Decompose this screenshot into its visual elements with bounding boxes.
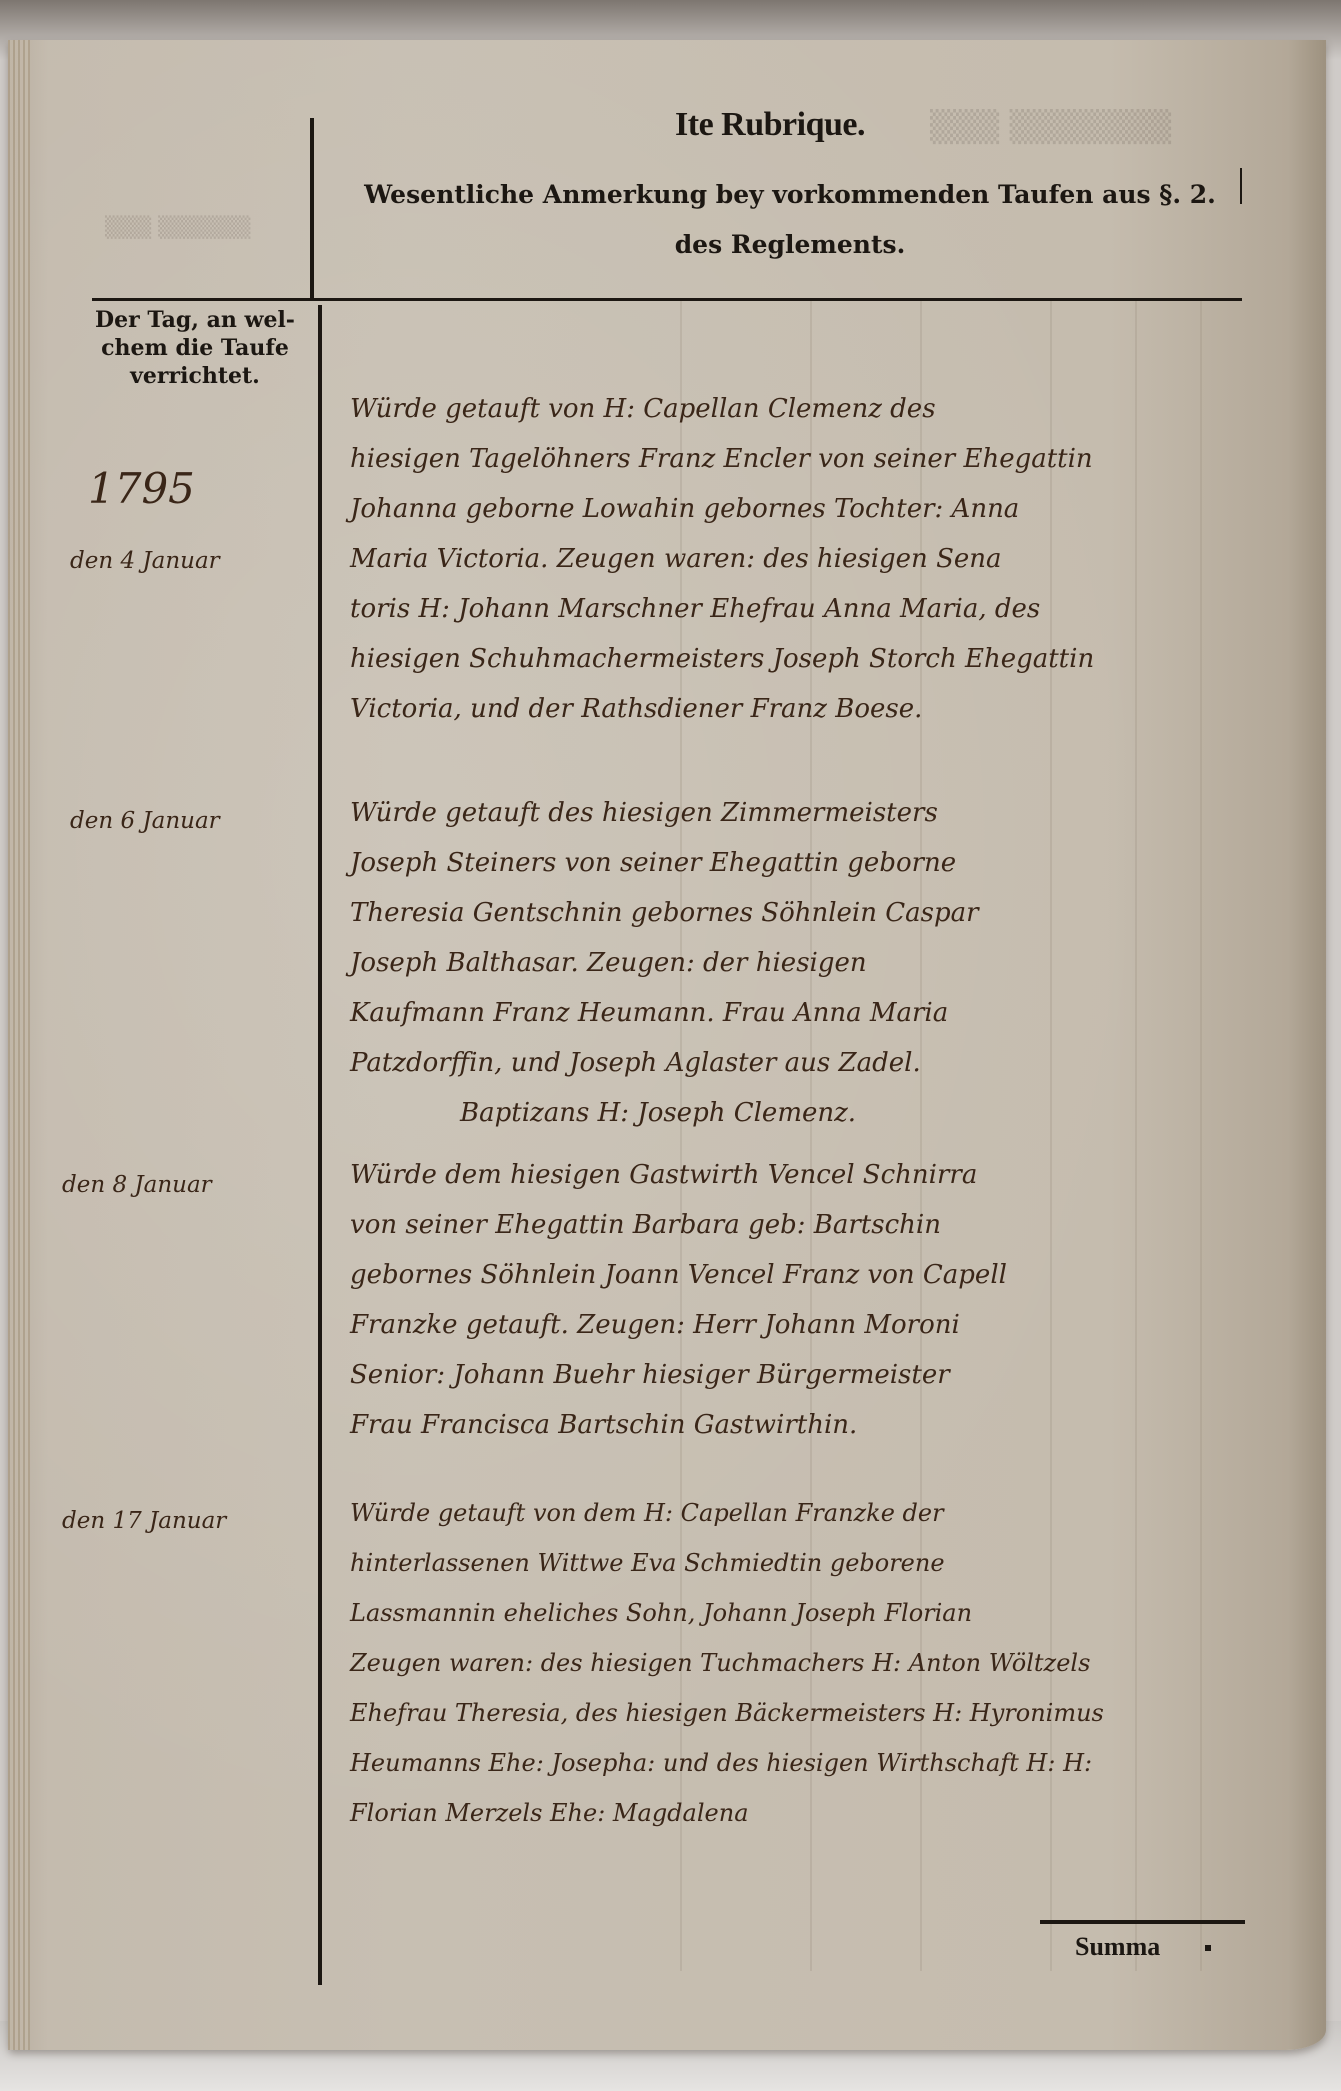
rubric-subtitle: Wesentliche Anmerkung bey vorkommenden T…: [350, 170, 1230, 270]
header-divider: [310, 118, 314, 298]
date-heading-line3: verrichtet.: [80, 362, 310, 390]
entry-line: Johanna geborne Lowahin gebornes Tochter…: [350, 484, 1280, 534]
entry-line: Ehefrau Theresia, des hiesigen Bäckermei…: [350, 1688, 1280, 1738]
entry-date: den 4 Januar: [70, 548, 220, 574]
rubric-title: Ite Rubrique.: [640, 106, 900, 144]
entry-line: Florian Merzels Ehe: Magdalena: [350, 1788, 1280, 1838]
entry-line: Würde getauft des hiesigen Zimmermeister…: [350, 788, 1280, 838]
entry-line: Joseph Balthasar. Zeugen: der hiesigen: [350, 938, 1280, 988]
baptism-entry: Würde dem hiesigen Gastwirth Vencel Schn…: [350, 1150, 1280, 1450]
entry-line: Theresia Gentschnin gebornes Söhnlein Ca…: [350, 888, 1280, 938]
entry-line: hiesigen Tagelöhners Franz Encler von se…: [350, 434, 1280, 484]
entry-date: den 8 Januar: [62, 1172, 212, 1198]
entry-line: Senior: Johann Buehr hiesiger Bürgermeis…: [350, 1350, 1280, 1400]
date-column-heading: Der Tag, an wel- chem die Taufe verricht…: [80, 306, 310, 390]
summa-label: Summa: [1075, 1932, 1160, 1962]
rubric-subtitle-line1: Wesentliche Anmerkung bey vorkommenden T…: [350, 170, 1230, 220]
header-tick: [1240, 168, 1242, 204]
entry-line: Frau Francisca Bartschin Gastwirthin.: [350, 1400, 1280, 1450]
entry-line: hinterlassenen Wittwe Eva Schmiedtin geb…: [350, 1538, 1280, 1588]
entry-line: Patzdorffin, und Joseph Aglaster aus Zad…: [350, 1038, 1280, 1088]
date-heading-line1: Der Tag, an wel-: [80, 306, 310, 334]
entry-line: von seiner Ehegattin Barbara geb: Bartsc…: [350, 1200, 1280, 1250]
entry-line: Heumanns Ehe: Josepha: und des hiesigen …: [350, 1738, 1280, 1788]
entry-line: Baptizans H: Joseph Clemenz.: [350, 1088, 1280, 1138]
entry-line: hiesigen Schuhmachermeisters Joseph Stor…: [350, 634, 1280, 684]
baptism-entry: Würde getauft des hiesigen Zimmermeister…: [350, 788, 1280, 1138]
entry-line: Lassmannin eheliches Sohn, Johann Joseph…: [350, 1588, 1280, 1638]
entry-date: den 6 Januar: [70, 808, 220, 834]
show-through-text: ▒▒▒ ▒▒▒▒▒▒▒: [930, 110, 1171, 145]
summa-dot: [1205, 1945, 1211, 1951]
summa-rule: [1040, 1920, 1245, 1924]
entry-line: Kaufmann Franz Heumann. Frau Anna Maria: [350, 988, 1280, 1038]
baptism-entry: Würde getauft von dem H: Capellan Franzk…: [350, 1488, 1280, 1838]
entry-line: toris H: Johann Marschner Ehefrau Anna M…: [350, 584, 1280, 634]
rubric-subtitle-line2: des Reglements.: [350, 220, 1230, 270]
entry-line: gebornes Söhnlein Joann Vencel Franz von…: [350, 1250, 1280, 1300]
entry-line: Joseph Steiners von seiner Ehegattin geb…: [350, 838, 1280, 888]
entry-line: Zeugen waren: des hiesigen Tuchmachers H…: [350, 1638, 1280, 1688]
date-heading-line2: chem die Taufe: [80, 334, 310, 362]
year: 1795: [88, 464, 195, 513]
entry-line: Würde dem hiesigen Gastwirth Vencel Schn…: [350, 1150, 1280, 1200]
entry-line: Würde getauft von dem H: Capellan Franzk…: [350, 1488, 1280, 1538]
entry-line: Victoria, und der Rathsdiener Franz Boes…: [350, 684, 1280, 734]
page-stack-edge: [8, 40, 30, 2050]
show-through-text: ▒▒▒ ▒▒▒▒▒▒: [105, 215, 250, 239]
entry-line: Würde getauft von H: Capellan Clemenz de…: [350, 384, 1280, 434]
entry-date: den 17 Januar: [62, 1508, 226, 1534]
entry-line: Franzke getauft. Zeugen: Herr Johann Mor…: [350, 1300, 1280, 1350]
entry-line: Maria Victoria. Zeugen waren: des hiesig…: [350, 534, 1280, 584]
baptism-entry: Würde getauft von H: Capellan Clemenz de…: [350, 384, 1280, 734]
column-divider: [318, 305, 322, 1985]
header-rule: [92, 298, 1242, 301]
